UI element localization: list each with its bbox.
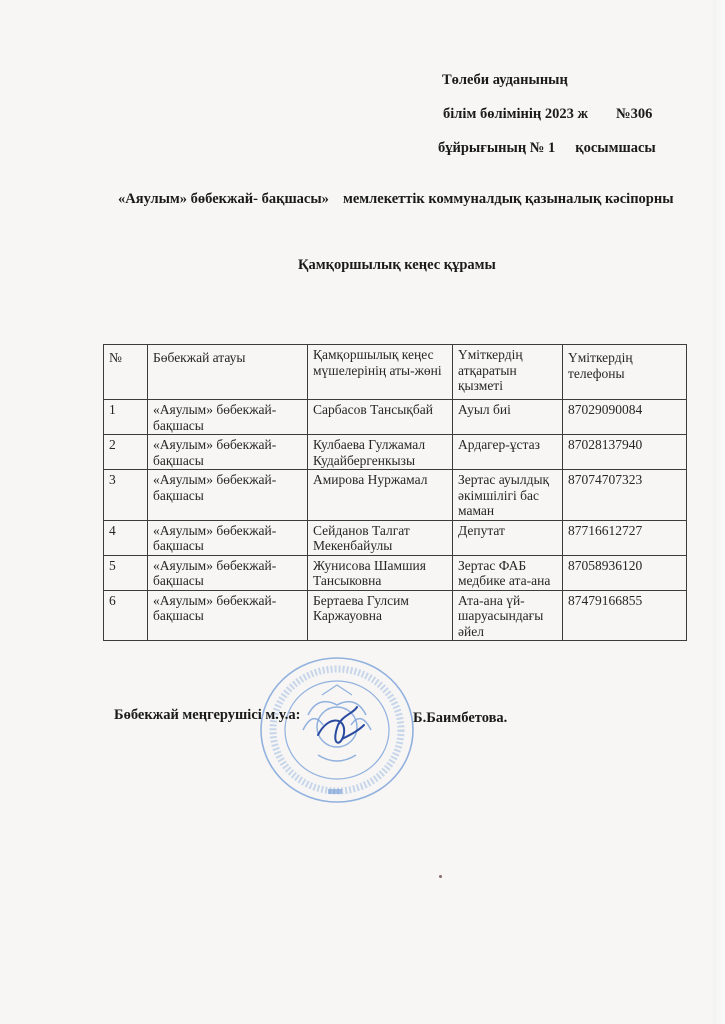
- table-row: 1 «Аяулым» бөбекжай-бақшасы Сарбасов Тан…: [104, 400, 687, 435]
- kindergarten-name: «Аяулым» бөбекжай-бақшасы: [148, 520, 308, 555]
- row-number: 5: [104, 555, 148, 590]
- header-line-3: бұйрығының № 1қосымшасы: [438, 140, 656, 157]
- organization-name: «Аяулым» бөбекжай- бақшасы»: [118, 191, 329, 207]
- table-row: 5 «Аяулым» бөбекжай-бақшасы Жунисова Шам…: [104, 555, 687, 590]
- organization-line: «Аяулым» бөбекжай- бақшасы»мемлекеттік к…: [118, 191, 674, 208]
- table-row: 6 «Аяулым» бөбекжай-бақшасы Бертаева Гул…: [104, 590, 687, 641]
- kindergarten-name: «Аяулым» бөбекжай-бақшасы: [148, 470, 308, 521]
- member-phone: 87058936120: [563, 555, 687, 590]
- table-row: 4 «Аяулым» бөбекжай-бақшасы Сейданов Тал…: [104, 520, 687, 555]
- row-number: 6: [104, 590, 148, 641]
- signature-label: Бөбекжай меңгерушісі м.у.а:: [114, 707, 300, 724]
- column-header-number: №: [104, 345, 148, 400]
- member-name: Амирова Нуржамал: [308, 470, 453, 521]
- member-position: Ардагер-ұстаз: [453, 435, 563, 470]
- signatory-name: Б.Баимбетова.: [413, 710, 507, 727]
- council-members-table: № Бөбекжай атауы Қамқоршылық кеңес мүшел…: [103, 344, 687, 641]
- header-line-3-suffix: қосымшасы: [575, 140, 656, 156]
- table-row: 2 «Аяулым» бөбекжай-бақшасы Кулбаева Гул…: [104, 435, 687, 470]
- member-position: Зертас ауылдық әкімшілігі бас маман: [453, 470, 563, 521]
- header-line-3-text: бұйрығының № 1: [438, 140, 555, 156]
- kindergarten-name: «Аяулым» бөбекжай-бақшасы: [148, 590, 308, 641]
- header-line-1: Төлеби ауданының: [442, 72, 568, 89]
- kindergarten-name: «Аяулым» бөбекжай-бақшасы: [148, 555, 308, 590]
- member-position: Депутат: [453, 520, 563, 555]
- column-header-phone: Үміткердің телефоны: [563, 345, 687, 400]
- member-phone: 87716612727: [563, 520, 687, 555]
- member-name: Жунисова Шамшия Тансыковна: [308, 555, 453, 590]
- column-header-kindergarten: Бөбекжай атауы: [148, 345, 308, 400]
- table-row: 3 «Аяулым» бөбекжай-бақшасы Амирова Нурж…: [104, 470, 687, 521]
- row-number: 1: [104, 400, 148, 435]
- order-number: №306: [616, 106, 652, 122]
- header-line-2: білім бөлімінің 2023 ж№306: [443, 106, 652, 123]
- column-header-position: Үміткердің атқаратын қызметі: [453, 345, 563, 400]
- header-line-2-text: білім бөлімінің 2023 ж: [443, 106, 588, 122]
- table-header-row: № Бөбекжай атауы Қамқоршылық кеңес мүшел…: [104, 345, 687, 400]
- row-number: 2: [104, 435, 148, 470]
- member-name: Бертаева Гулсим Каржауовна: [308, 590, 453, 641]
- scan-speck: [439, 875, 442, 878]
- column-header-member-name: Қамқоршылық кеңес мүшелерінің аты-жөні: [308, 345, 453, 400]
- kindergarten-name: «Аяулым» бөбекжай-бақшасы: [148, 400, 308, 435]
- member-phone: 87479166855: [563, 590, 687, 641]
- member-phone: 87028137940: [563, 435, 687, 470]
- row-number: 4: [104, 520, 148, 555]
- document-title: Қамқоршылық кеңес құрамы: [298, 257, 496, 274]
- official-stamp: [258, 655, 416, 805]
- page-edge: [713, 0, 725, 1024]
- member-position: Ата-ана үй-шаруасындағы әйел: [453, 590, 563, 641]
- row-number: 3: [104, 470, 148, 521]
- member-position: Зертас ФАБ медбике ата-ана: [453, 555, 563, 590]
- member-name: Сарбасов Тансықбай: [308, 400, 453, 435]
- member-phone: 87029090084: [563, 400, 687, 435]
- stamp-emblem-icon: [258, 655, 416, 805]
- member-phone: 87074707323: [563, 470, 687, 521]
- kindergarten-name: «Аяулым» бөбекжай-бақшасы: [148, 435, 308, 470]
- member-name: Сейданов Талгат Мекенбайулы: [308, 520, 453, 555]
- member-name: Кулбаева Гулжамал Кудайбергенкызы: [308, 435, 453, 470]
- organization-type: мемлекеттік коммуналдық қазыналық кәсіпо…: [343, 191, 674, 207]
- member-position: Ауыл биі: [453, 400, 563, 435]
